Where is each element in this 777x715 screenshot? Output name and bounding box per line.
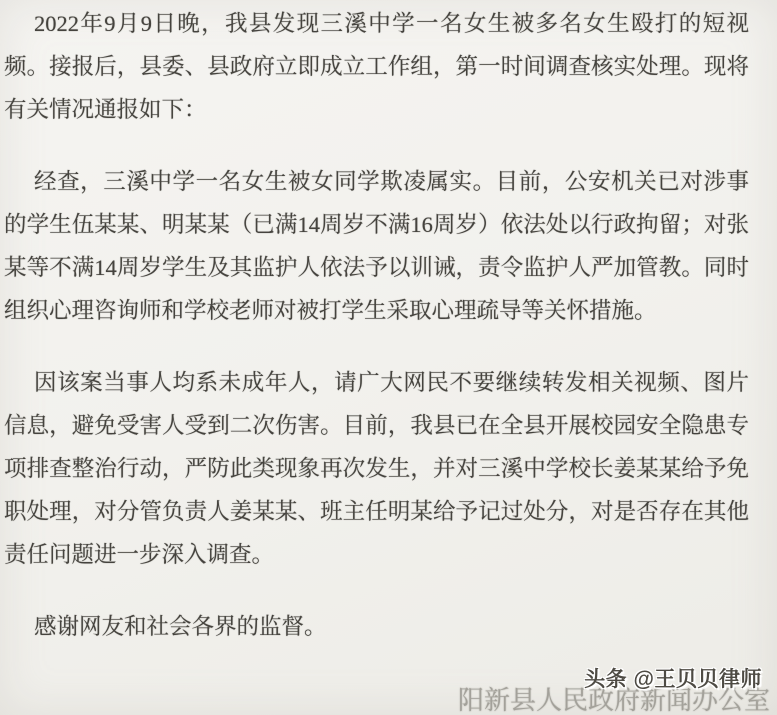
notice-document-page: 2022年9月9日晚，我县发现三溪中学一名女生被多名女生殴打的短视 频。接报后，… bbox=[0, 0, 777, 715]
paragraph-investigation: 经查，三溪中学一名女生被女同学欺凌属实。目前，公安机关已对涉事 的学生伍某某、明… bbox=[4, 160, 749, 332]
text-line: 频。接报后，县委、县政府立即成立工作组，第一时间调查核实处理。现将 bbox=[4, 45, 749, 88]
text-line: 因该案当事人均系未成年人，请广大网民不要继续转发相关视频、图片 bbox=[4, 361, 749, 404]
paragraph-measures: 因该案当事人均系未成年人，请广大网民不要继续转发相关视频、图片 信息，避免受害人… bbox=[4, 361, 749, 576]
text-line: 经查，三溪中学一名女生被女同学欺凌属实。目前，公安机关已对涉事 bbox=[4, 160, 749, 203]
paragraph-intro: 2022年9月9日晚，我县发现三溪中学一名女生被多名女生殴打的短视 频。接报后，… bbox=[4, 2, 749, 131]
text-line: 项排查整治行动，严防此类现象再次发生，并对三溪中学校长姜某某给予免 bbox=[4, 447, 749, 490]
text-line: 的学生伍某某、明某某（已满14周岁不满16周岁）依法处以行政拘留；对张 bbox=[4, 203, 749, 246]
paragraph-thanks: 感谢网友和社会各界的监督。 bbox=[4, 605, 749, 648]
notice-body: 2022年9月9日晚，我县发现三溪中学一名女生被多名女生殴打的短视 频。接报后，… bbox=[0, 0, 777, 648]
text-line: 组织心理咨询师和学校老师对被打学生采取心理疏导等关怀措施。 bbox=[4, 289, 749, 332]
text-line: 信息，避免受害人受到二次伤害。目前，我县已在全县开展校园安全隐患专 bbox=[4, 404, 749, 447]
text-line: 有关情况通报如下： bbox=[4, 88, 749, 131]
toutiao-watermark: 头条 @王贝贝律师 bbox=[584, 666, 762, 694]
text-line: 感谢网友和社会各界的监督。 bbox=[4, 605, 749, 648]
text-line: 责任问题进一步深入调查。 bbox=[4, 533, 749, 576]
text-line: 2022年9月9日晚，我县发现三溪中学一名女生被多名女生殴打的短视 bbox=[4, 2, 749, 45]
text-line: 职处理，对分管负责人姜某某、班主任明某给予记过处分，对是否存在其他 bbox=[4, 490, 749, 533]
text-line: 某等不满14周岁学生及其监护人依法予以训诫，责令监护人严加管教。同时 bbox=[4, 246, 749, 289]
